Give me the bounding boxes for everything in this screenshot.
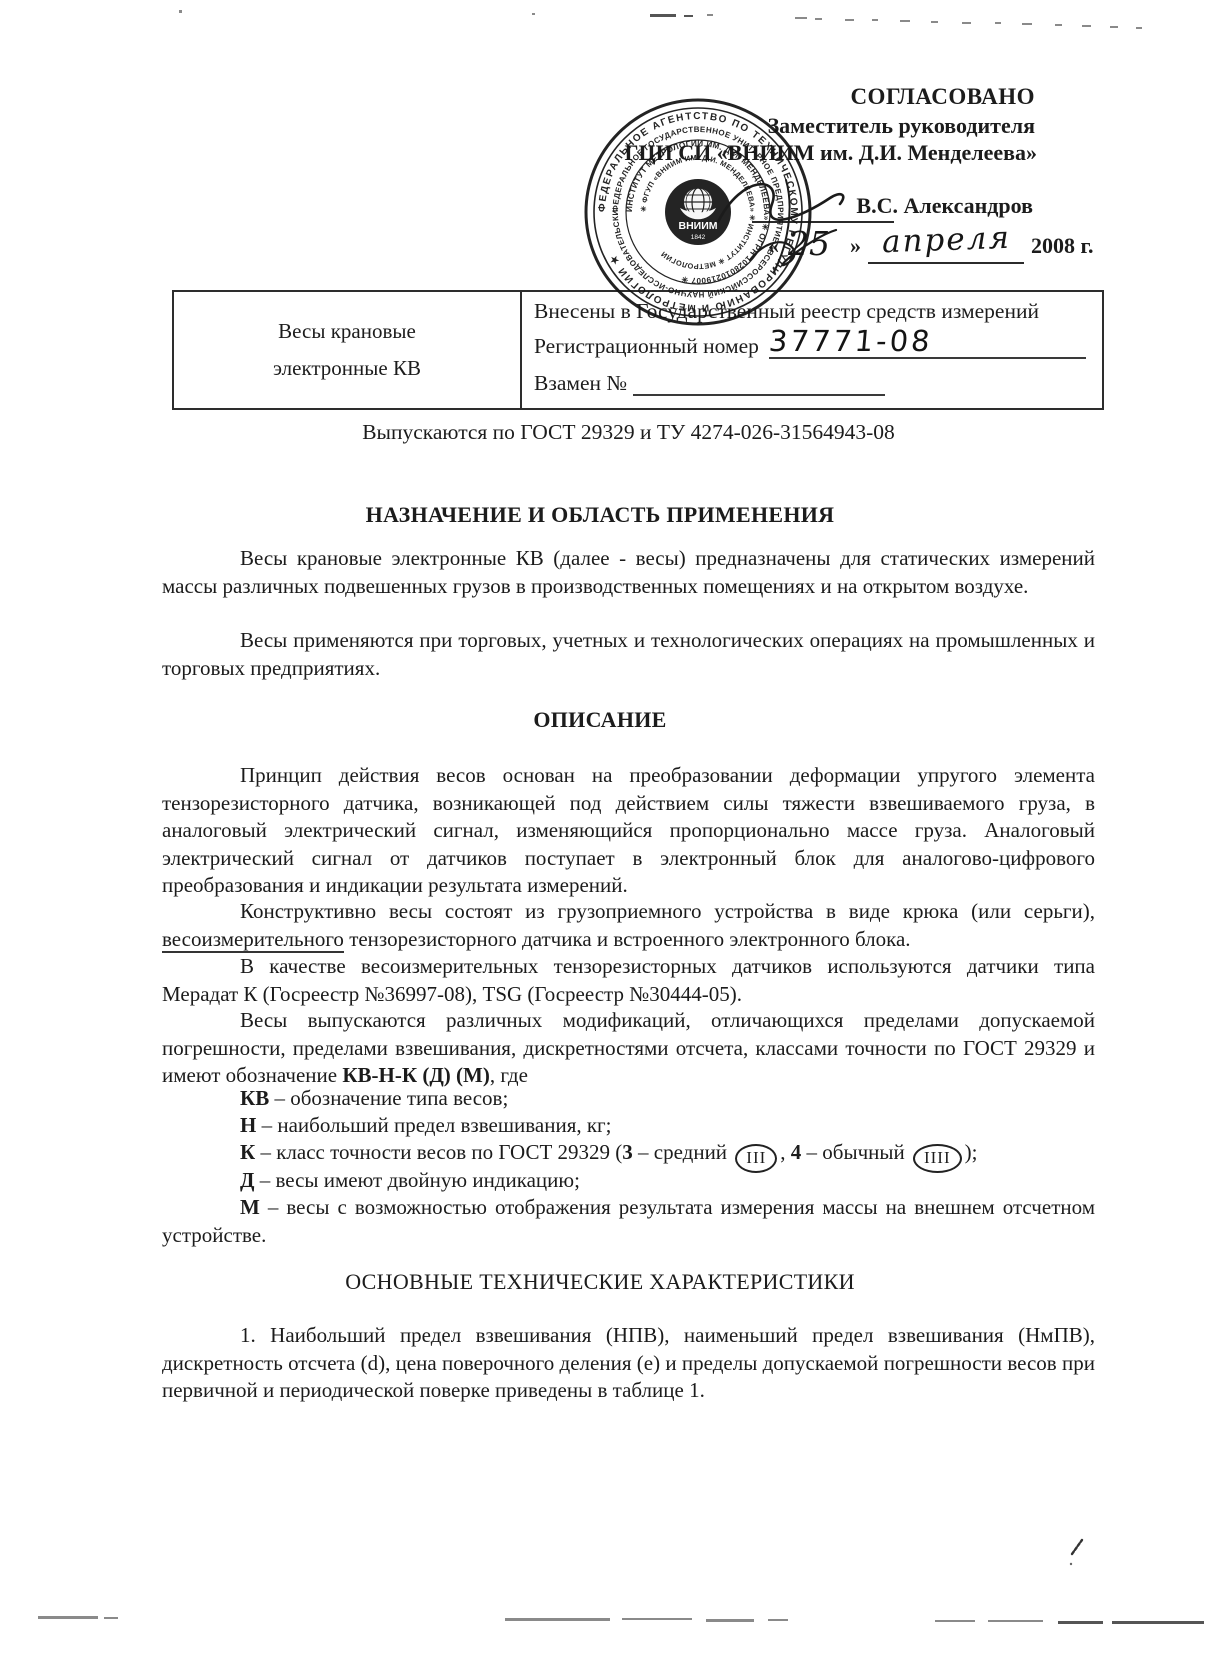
definition-k-text3: , [780,1140,791,1164]
description-paragraph-3: В качестве весоизмерительных тензорезист… [162,953,1095,1008]
definition-d-text: – весы имеют двойную индикацию; [254,1168,579,1192]
scan-pen-tick [1066,1536,1090,1570]
scan-dash [900,20,910,22]
scan-speck [179,10,182,13]
replaces-line: Взамен № [534,368,885,396]
scan-speck [532,13,535,15]
approval-title: СОГЛАСОВАНО [850,84,1035,110]
description-section-heading: ОПИСАНИЕ [162,707,1038,733]
scan-dash [38,1616,98,1619]
scan-dash [931,21,938,23]
purpose-section-heading: НАЗНАЧЕНИЕ И ОБЛАСТЬ ПРИМЕНЕНИЯ [162,502,1038,528]
definition-k-text5: ); [965,1140,978,1164]
manufacturing-standard-line: Выпускаются по ГОСТ 29329 и ТУ 4274-026-… [162,420,1095,445]
definition-kv-term: КВ [240,1086,269,1110]
scan-dash [962,22,971,24]
replaces-field [633,368,885,396]
definition-m-term: М [240,1195,260,1219]
definition-k-term: К [240,1140,255,1164]
definition-n-text: – наибольший предел взвешивания, кг; [256,1113,611,1137]
scan-dash [1136,27,1142,29]
accuracy-class-3: 3 [622,1140,633,1164]
underlined-word: весоизмерительного [162,927,344,953]
description-paragraph-4: Весы выпускаются различных модификаций, … [162,1007,1095,1090]
scan-dash [1022,23,1032,25]
date-year: 2008 г. [1031,233,1094,259]
scan-dash [845,19,854,21]
scan-dash [815,18,822,20]
scanned-document-page: СОГЛАСОВАНО Заместитель руководителя ГЦИ… [0,0,1210,1673]
handwritten-signature [690,160,1000,290]
scan-dash [650,14,676,17]
scan-dash [684,15,693,17]
modifications-text-end: , где [490,1063,528,1087]
definition-d: Д – весы имеют двойную индикацию; [162,1167,1095,1195]
purpose-paragraph-1: Весы крановые электронные КВ (далее - ве… [162,545,1095,600]
designation-code: КВ-Н-К (Д) (М) [342,1063,490,1087]
definition-kv-text: – обозначение типа весов; [269,1086,508,1110]
scan-dash [622,1618,692,1620]
scan-dash [995,22,1001,24]
accuracy-class-4: 4 [791,1140,802,1164]
description-paragraph-1: Принцип действия весов основан на преобр… [162,762,1095,900]
registration-number-label: Регистрационный номер [534,334,759,359]
purpose-paragraph-2: Весы применяются при торговых, учетных и… [162,627,1095,682]
modifications-text: Весы выпускаются различных модификаций, … [162,1008,1095,1087]
replaces-label: Взамен № [534,371,627,396]
specs-paragraph-1: 1. Наибольший предел взвешивания (НПВ), … [162,1322,1095,1405]
description-paragraph-2: Конструктивно весы состоят из грузоприем… [162,898,1095,953]
construction-text-end: тензорезисторного датчика и встроенного … [344,927,911,951]
scan-dash [1082,25,1091,27]
scan-dash [768,1619,788,1621]
scan-dash [935,1620,975,1622]
device-name-line1: Весы крановые [278,319,416,344]
definition-n: Н – наибольший предел взвешивания, кг; [162,1112,1095,1140]
definition-k-text4: – обычный [801,1140,910,1164]
definition-k-text1: – класс точности весов по ГОСТ 29329 ( [255,1140,622,1164]
table-column-divider [520,292,522,408]
scan-dash [1058,1621,1103,1624]
scan-dash [1055,24,1062,26]
scan-dash [795,17,807,19]
definition-n-term: Н [240,1113,256,1137]
scan-dash [1112,1621,1204,1624]
scan-dash [505,1618,610,1621]
scan-dash [1110,26,1118,28]
device-name-line2: электронные КВ [273,356,421,381]
definition-m: М – весы с возможностью отображения резу… [162,1194,1095,1249]
scan-dash [872,19,878,21]
scan-dash [707,14,713,16]
definition-m-text: – весы с возможностью отображения резуль… [162,1195,1095,1247]
scan-dash [104,1617,118,1619]
definition-k-text2: – средний [633,1140,733,1164]
scan-dash [988,1620,1043,1622]
construction-text-start: Конструктивно весы состоят из грузоприем… [240,899,1095,923]
device-name-cell: Весы крановые электронные КВ [174,292,520,408]
scan-dash [706,1619,754,1622]
definition-kv: КВ – обозначение типа весов; [162,1085,1095,1113]
definition-d-term: Д [240,1168,254,1192]
specs-section-heading: ОСНОВНЫЕ ТЕХНИЧЕСКИЕ ХАРАКТЕРИСТИКИ [162,1269,1038,1295]
